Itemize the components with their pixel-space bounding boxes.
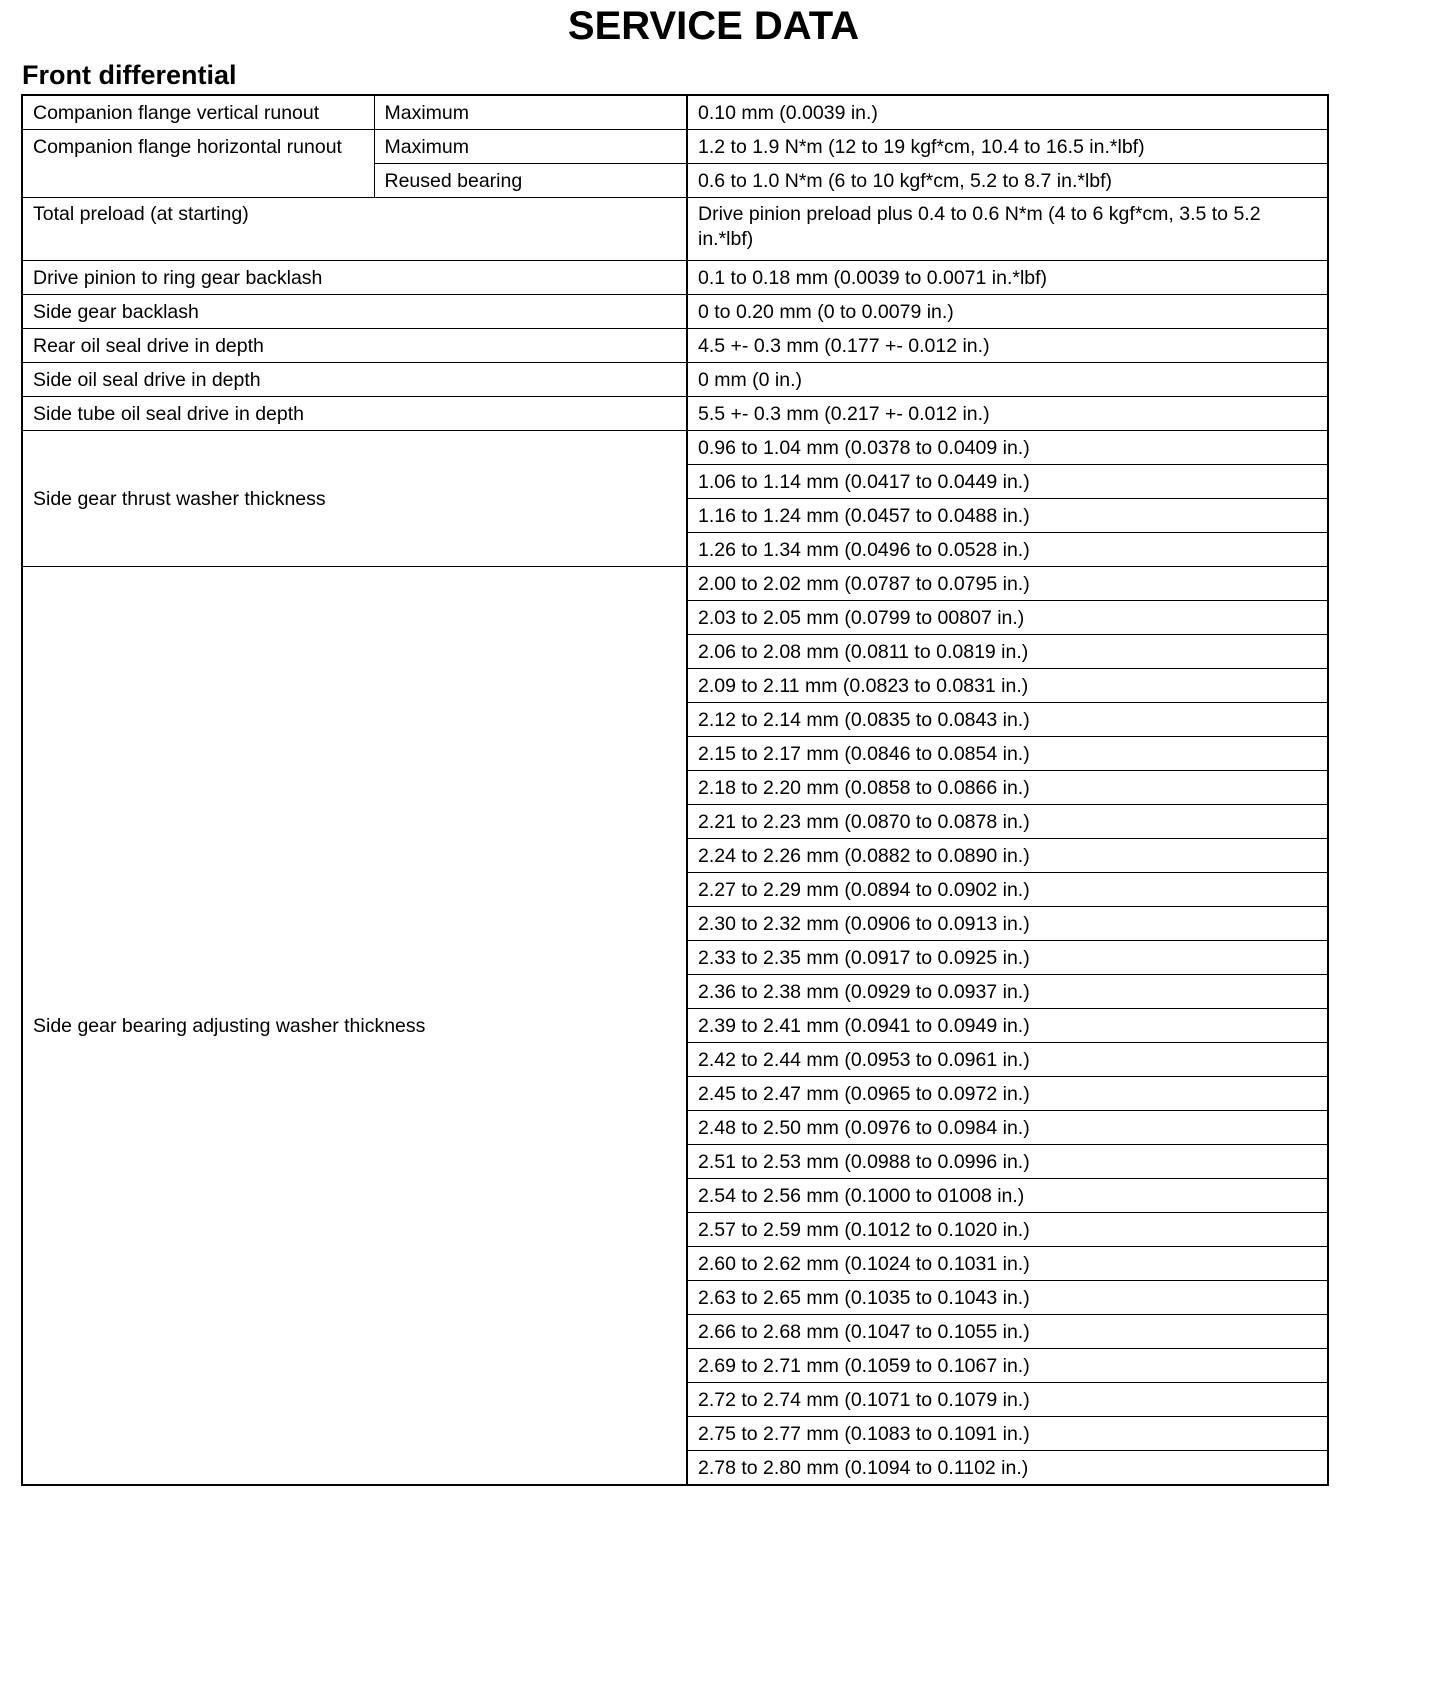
table-row: Side oil seal drive in depth0 mm (0 in.) — [22, 363, 1328, 397]
table-row: Side gear bearing adjusting washer thick… — [22, 567, 1328, 601]
washer-thickness-value: 1.16 to 1.24 mm (0.0457 to 0.0488 in.) — [687, 499, 1328, 533]
spec-value: 0.10 mm (0.0039 in.) — [687, 95, 1328, 130]
table-row: Companion flange horizontal runout Maxim… — [22, 130, 1328, 164]
spec-value: Drive pinion preload plus 0.4 to 0.6 N*m… — [687, 198, 1328, 261]
spec-value: 4.5 +- 0.3 mm (0.177 +- 0.012 in.) — [687, 329, 1328, 363]
condition-label: Maximum — [374, 130, 687, 164]
washer-thickness-value: 1.06 to 1.14 mm (0.0417 to 0.0449 in.) — [687, 465, 1328, 499]
washer-thickness-value: 2.06 to 2.08 mm (0.0811 to 0.0819 in.) — [687, 635, 1328, 669]
table-row: Side gear backlash0 to 0.20 mm (0 to 0.0… — [22, 295, 1328, 329]
service-data-table: Companion flange vertical runout Maximum… — [21, 94, 1329, 1486]
table-row: Companion flange vertical runout Maximum… — [22, 95, 1328, 130]
table-row: Side tube oil seal drive in depth5.5 +- … — [22, 397, 1328, 431]
washer-thickness-value: 2.78 to 2.80 mm (0.1094 to 0.1102 in.) — [687, 1451, 1328, 1486]
item-label: Side gear backlash — [22, 295, 687, 329]
condition-label: Reused bearing — [374, 164, 687, 198]
item-label: Rear oil seal drive in depth — [22, 329, 687, 363]
washer-thickness-value: 2.03 to 2.05 mm (0.0799 to 00807 in.) — [687, 601, 1328, 635]
spec-value: 0 mm (0 in.) — [687, 363, 1328, 397]
condition-label: Maximum — [374, 95, 687, 130]
spec-value: 0 to 0.20 mm (0 to 0.0079 in.) — [687, 295, 1328, 329]
washer-thickness-value: 2.48 to 2.50 mm (0.0976 to 0.0984 in.) — [687, 1111, 1328, 1145]
item-label: Companion flange vertical runout — [22, 95, 374, 130]
spec-value: 1.2 to 1.9 N*m (12 to 19 kgf*cm, 10.4 to… — [687, 130, 1328, 164]
item-label: Companion flange horizontal runout — [22, 130, 374, 198]
washer-thickness-value: 2.27 to 2.29 mm (0.0894 to 0.0902 in.) — [687, 873, 1328, 907]
item-label: Side oil seal drive in depth — [22, 363, 687, 397]
washer-thickness-value: 2.45 to 2.47 mm (0.0965 to 0.0972 in.) — [687, 1077, 1328, 1111]
item-label: Total preload (at starting) — [22, 198, 687, 261]
section-title: Front differential — [22, 58, 237, 92]
washer-thickness-value: 2.69 to 2.71 mm (0.1059 to 0.1067 in.) — [687, 1349, 1328, 1383]
washer-thickness-value: 2.18 to 2.20 mm (0.0858 to 0.0866 in.) — [687, 771, 1328, 805]
washer-thickness-value: 2.15 to 2.17 mm (0.0846 to 0.0854 in.) — [687, 737, 1328, 771]
table-row: Drive pinion to ring gear backlash0.1 to… — [22, 261, 1328, 295]
washer-thickness-value: 2.51 to 2.53 mm (0.0988 to 0.0996 in.) — [687, 1145, 1328, 1179]
washer-thickness-value: 2.72 to 2.74 mm (0.1071 to 0.1079 in.) — [687, 1383, 1328, 1417]
washer-thickness-value: 1.26 to 1.34 mm (0.0496 to 0.0528 in.) — [687, 533, 1328, 567]
spec-value: 0.1 to 0.18 mm (0.0039 to 0.0071 in.*lbf… — [687, 261, 1328, 295]
washer-thickness-value: 2.30 to 2.32 mm (0.0906 to 0.0913 in.) — [687, 907, 1328, 941]
page-title: SERVICE DATA — [0, 2, 1427, 50]
washer-thickness-value: 2.39 to 2.41 mm (0.0941 to 0.0949 in.) — [687, 1009, 1328, 1043]
item-label: Side tube oil seal drive in depth — [22, 397, 687, 431]
washer-thickness-value: 0.96 to 1.04 mm (0.0378 to 0.0409 in.) — [687, 431, 1328, 465]
washer-thickness-value: 2.12 to 2.14 mm (0.0835 to 0.0843 in.) — [687, 703, 1328, 737]
washer-thickness-value: 2.21 to 2.23 mm (0.0870 to 0.0878 in.) — [687, 805, 1328, 839]
washer-thickness-value: 2.00 to 2.02 mm (0.0787 to 0.0795 in.) — [687, 567, 1328, 601]
spec-value: 5.5 +- 0.3 mm (0.217 +- 0.012 in.) — [687, 397, 1328, 431]
washer-thickness-value: 2.66 to 2.68 mm (0.1047 to 0.1055 in.) — [687, 1315, 1328, 1349]
washer-thickness-value: 2.57 to 2.59 mm (0.1012 to 0.1020 in.) — [687, 1213, 1328, 1247]
washer-thickness-value: 2.60 to 2.62 mm (0.1024 to 0.1031 in.) — [687, 1247, 1328, 1281]
washer-thickness-value: 2.75 to 2.77 mm (0.1083 to 0.1091 in.) — [687, 1417, 1328, 1451]
washer-thickness-value: 2.42 to 2.44 mm (0.0953 to 0.0961 in.) — [687, 1043, 1328, 1077]
washer-thickness-value: 2.63 to 2.65 mm (0.1035 to 0.1043 in.) — [687, 1281, 1328, 1315]
item-label: Drive pinion to ring gear backlash — [22, 261, 687, 295]
item-label: Side gear thrust washer thickness — [22, 431, 687, 567]
table-row: Side gear thrust washer thickness0.96 to… — [22, 431, 1328, 465]
washer-thickness-value: 2.54 to 2.56 mm (0.1000 to 01008 in.) — [687, 1179, 1328, 1213]
table-row: Total preload (at starting) Drive pinion… — [22, 198, 1328, 261]
washer-thickness-value: 2.09 to 2.11 mm (0.0823 to 0.0831 in.) — [687, 669, 1328, 703]
washer-thickness-value: 2.33 to 2.35 mm (0.0917 to 0.0925 in.) — [687, 941, 1328, 975]
washer-thickness-value: 2.36 to 2.38 mm (0.0929 to 0.0937 in.) — [687, 975, 1328, 1009]
washer-thickness-value: 2.24 to 2.26 mm (0.0882 to 0.0890 in.) — [687, 839, 1328, 873]
item-label: Side gear bearing adjusting washer thick… — [22, 567, 687, 1486]
spec-value: 0.6 to 1.0 N*m (6 to 10 kgf*cm, 5.2 to 8… — [687, 164, 1328, 198]
table-row: Rear oil seal drive in depth4.5 +- 0.3 m… — [22, 329, 1328, 363]
